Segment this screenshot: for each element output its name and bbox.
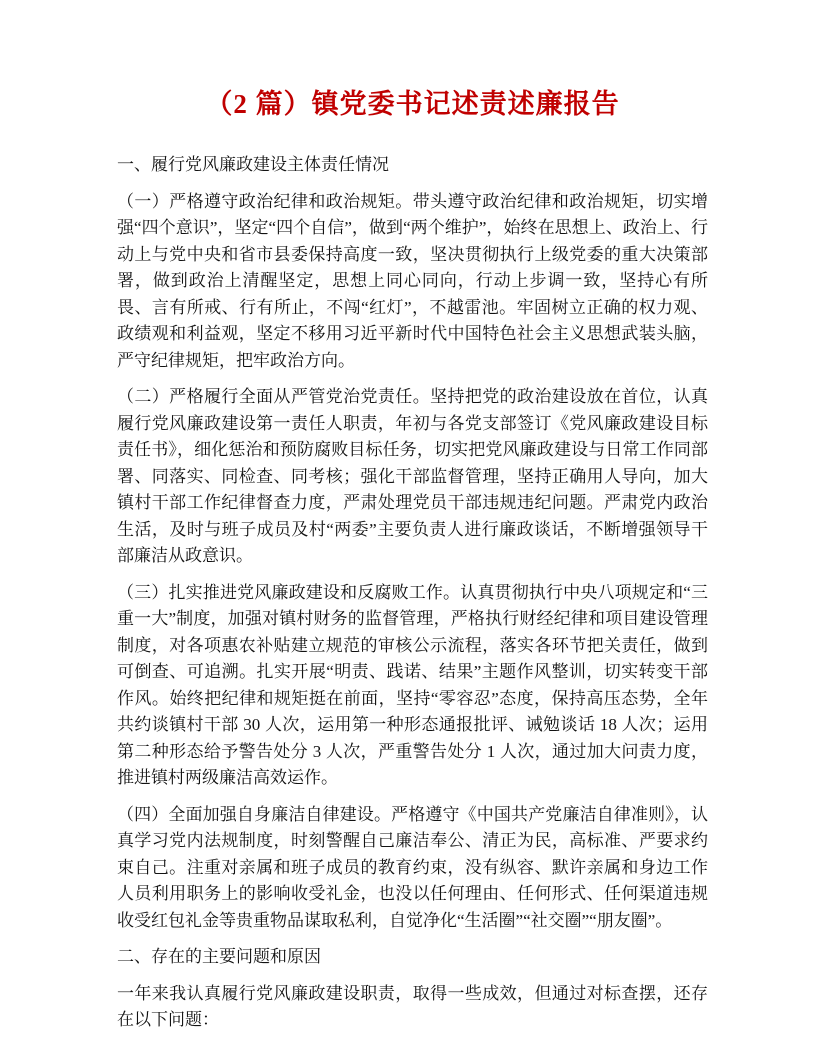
section-heading-2: 二、存在的主要问题和原因 [117, 944, 708, 971]
paragraph-1-1: （一）严格遵守政治纪律和政治规矩。带头遵守政治纪律和政治规矩，切实增强“四个意识… [117, 189, 708, 375]
paragraph-1-3: （三）扎实推进党风廉政建设和反腐败工作。认真贯彻执行中央八项规定和“三重一大”制… [117, 580, 708, 792]
paragraph-1-2: （二）严格履行全面从严管党治党责任。坚持把党的政治建设放在首位，认真履行党风廉政… [117, 384, 708, 570]
paragraph-2-1: 一年来我认真履行党风廉政建设职责，取得一些成效，但通过对标查摆，还存在以下问题： [117, 981, 708, 1034]
document-page: （2 篇）镇党委书记述责述廉报告 一、履行党风廉政建设主体责任情况 （一）严格遵… [0, 0, 816, 1056]
document-title: （2 篇）镇党委书记述责述廉报告 [117, 86, 708, 122]
paragraph-1-4: （四）全面加强自身廉洁自律建设。严格遵守《中国共产党廉洁自律准则》，认真学习党内… [117, 802, 708, 935]
section-heading-1: 一、履行党风廉政建设主体责任情况 [117, 152, 708, 179]
